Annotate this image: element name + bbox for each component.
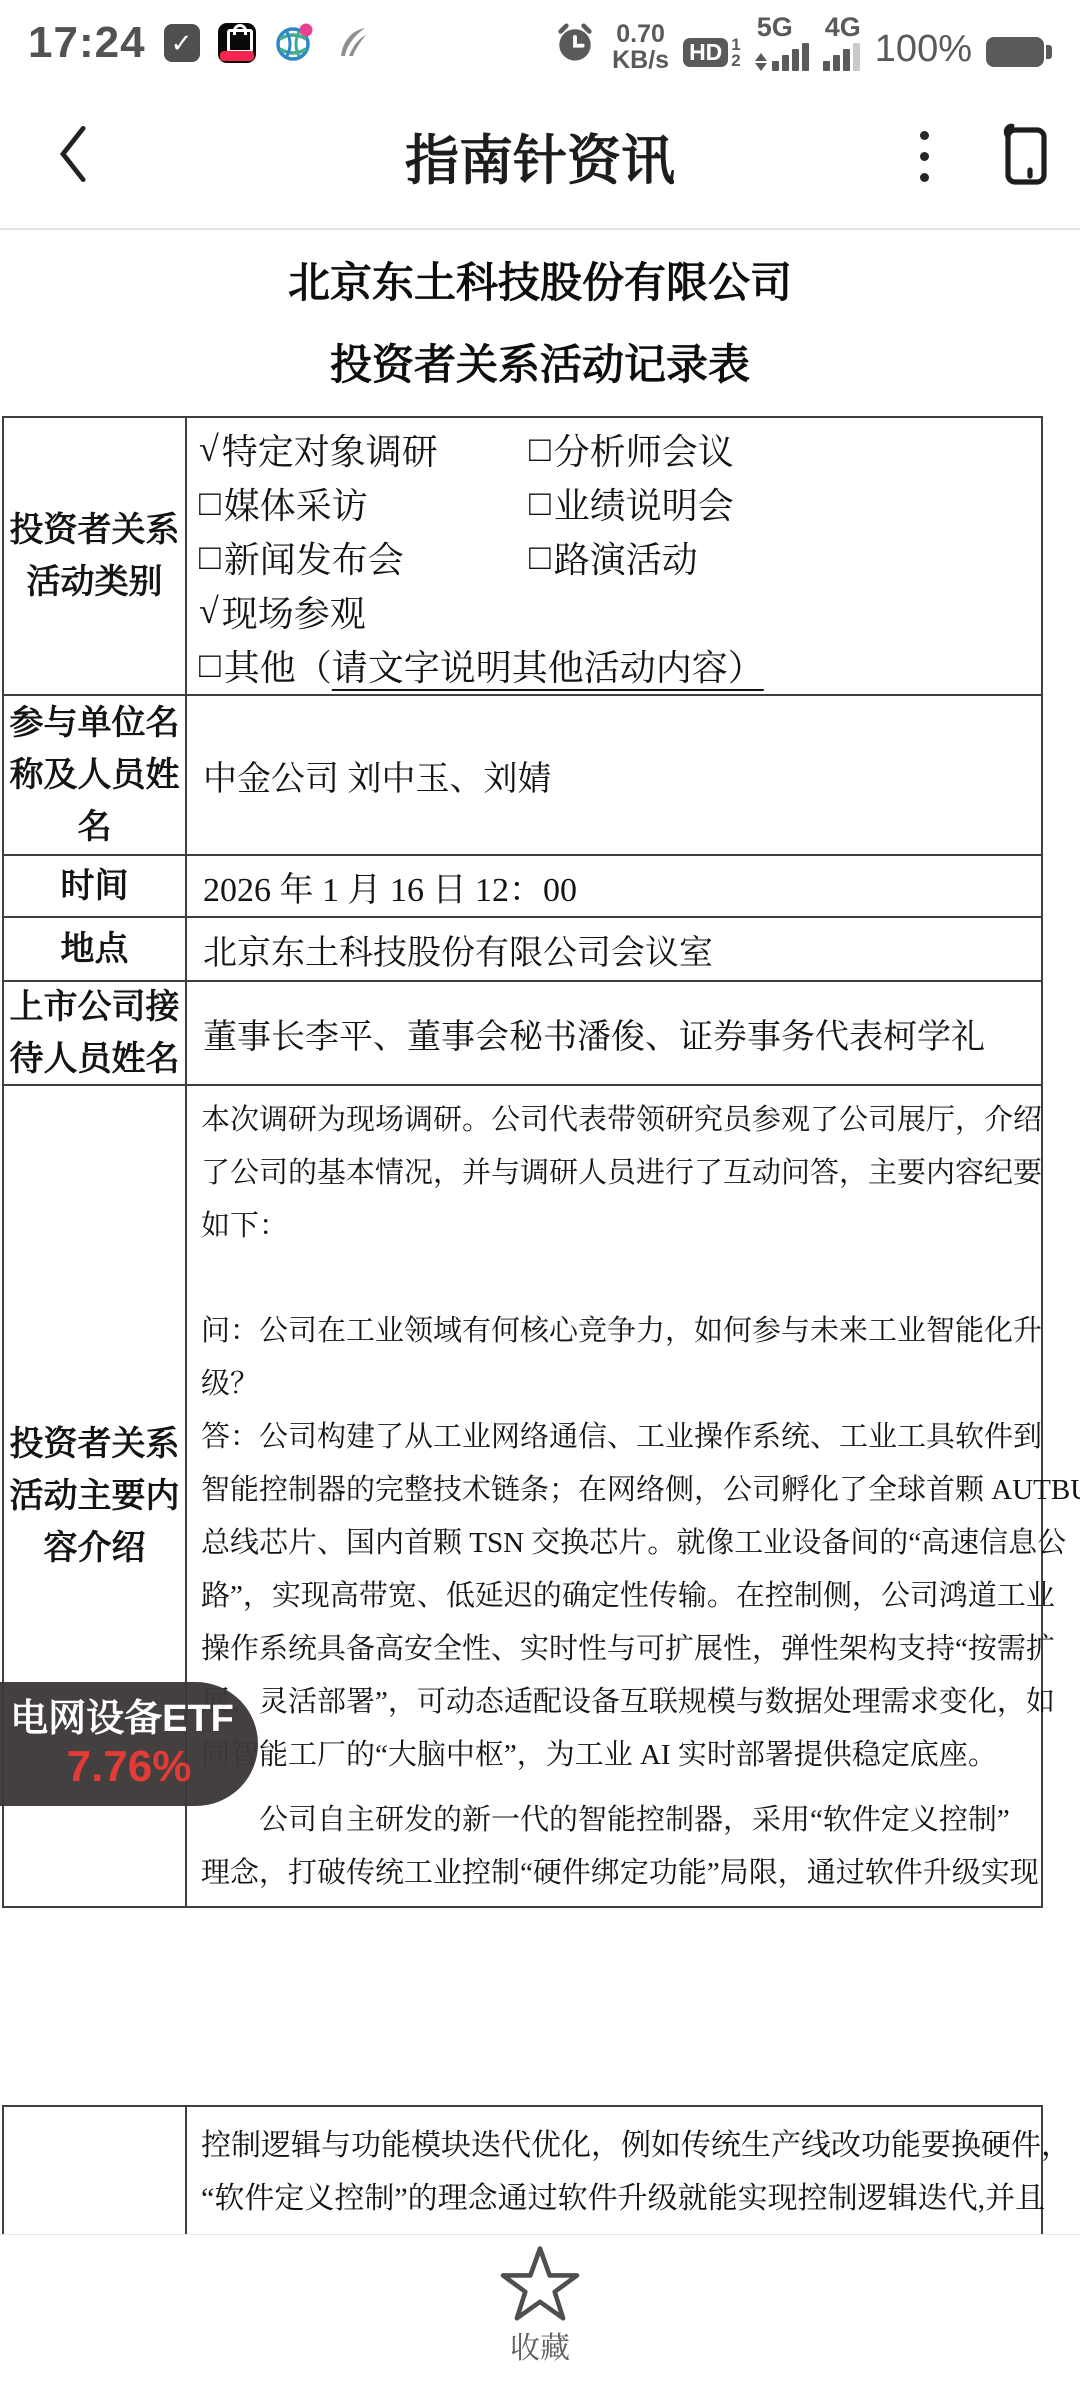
speed-unit: KB/s [612, 47, 669, 73]
option-other: □ 其他（ 请文字说明其他活动内容） [199, 640, 764, 691]
table-row-activity-type: 投资者关系 活动类别 √ 特定对象调研 □ 分析师会议 □ 媒体采访 [4, 418, 1041, 696]
table-row-participants: 参与单位名 称及人员姓 名 中金公司 刘中玉、刘婧 [4, 696, 1041, 856]
row-label: 上市公司接 待人员姓名 [4, 982, 187, 1084]
row-label: 参与单位名 称及人员姓 名 [4, 696, 187, 854]
signal-4g: 4G [823, 14, 861, 71]
location-value: 北京东土科技股份有限公司会议室 [187, 918, 1041, 980]
other-option-blank: 请文字说明其他活动内容） [332, 640, 764, 691]
text-line: 路”，实现高带宽、低延迟的确定性传输。在控制侧，公司鸿道工业 [201, 1570, 1080, 1623]
float-window-button[interactable] [996, 116, 1052, 192]
etf-name: 电网设备ETF [10, 1696, 248, 1742]
favorite-label: 收藏 [510, 2323, 570, 2367]
speed-value: 0.70 [616, 21, 665, 47]
text-line: 级？ [201, 1358, 1080, 1411]
float-window-icon [998, 122, 1050, 186]
table-row-hosts: 上市公司接 待人员姓名 董事长李平、董事会秘书潘俊、证券事务代表柯学礼 [4, 982, 1041, 1086]
shopping-bag-icon [227, 29, 253, 53]
row-label: 投资者关系 活动类别 [4, 418, 187, 694]
hd-voice-indicator: HD 1 2 [683, 37, 741, 69]
more-menu-button[interactable] [904, 120, 944, 192]
carrier-app-icon [274, 23, 314, 63]
text-line: 本次调研为现场调研。公司代表带领研究员参观了公司展厅，介绍 [201, 1094, 1080, 1147]
signal-bars-icon [823, 43, 860, 71]
participants-value: 中金公司 刘中玉、刘婧 [187, 696, 1041, 854]
text-line: 理念，打破传统工业控制“硬件绑定功能”局限，通过软件升级实现 [201, 1847, 1080, 1900]
paragraph: 公司自主研发的新一代的智能控制器，采用“软件定义控制”理念，打破传统工业控制“硬… [201, 1794, 1080, 1900]
bottom-bar: 收藏 [0, 2234, 1080, 2400]
alarm-clock-icon [552, 20, 598, 71]
text-line: “软件定义控制”的理念通过软件升级就能实现控制逻辑迭代,并且 [201, 2172, 1071, 2225]
text-line: 问：公司在工业领域有何核心竞争力，如何参与未来工业智能化升 [201, 1305, 1080, 1358]
star-icon [498, 2241, 582, 2325]
text-line: 控制逻辑与功能模块迭代优化，例如传统生产线改功能要换硬件， [201, 2119, 1071, 2172]
option-checked: √ 特定对象调研 [199, 424, 529, 475]
option-unchecked: □ 分析师会议 [529, 424, 734, 475]
option-unchecked: □ 媒体采访 [199, 478, 529, 529]
option-checked: √ 现场参观 [199, 586, 529, 637]
checkbox-icon: □ [199, 536, 221, 578]
paragraph: 问：公司在工业领域有何核心竞争力，如何参与未来工业智能化升级？ [201, 1305, 1080, 1411]
text-line: 答：公司构建了从工业网络通信、工业操作系统、工业工具软件到 [201, 1411, 1080, 1464]
text-line: 总线芯片、国内首颗 TSN 交换芯片。就像工业设备间的“高速信息公 [201, 1517, 1080, 1570]
text-line: 如下： [201, 1200, 1080, 1253]
checkbox-icon: □ [199, 644, 221, 686]
more-dots-icon [920, 131, 929, 140]
text-line: 了公司的基本情况，并与调研人员进行了互动问答，主要内容纪要 [201, 1147, 1080, 1200]
screen: 17:24 ✓ [0, 0, 1080, 2400]
table-row-location: 地点 北京东土科技股份有限公司会议室 [4, 918, 1041, 982]
signal-5g: 5G [755, 14, 809, 71]
option-unchecked: □ 业绩说明会 [529, 478, 734, 529]
text-line: 公司自主研发的新一代的智能控制器，采用“软件定义控制” [201, 1794, 1080, 1847]
checkbox-icon: □ [199, 482, 221, 524]
check-mark-icon: √ [199, 590, 219, 632]
etf-change: 7.76% [67, 1742, 192, 1792]
status-bar: 17:24 ✓ [0, 0, 1080, 80]
network-speed: 0.70 KB/s [612, 21, 669, 73]
table-row-time: 时间 2026 年 1 月 16 日 12：00 [4, 856, 1041, 918]
row-label: 时间 [4, 856, 187, 916]
check-mark-icon: √ [199, 428, 219, 470]
activity-options: √ 特定对象调研 □ 分析师会议 □ 媒体采访 □ 业绩说明会 [187, 418, 1041, 694]
app-bar: 指南针资讯 [0, 80, 1080, 230]
text-line: 操作系统具备高安全性、实时性与可扩展性，弹性架构支持“按需扩 [201, 1623, 1080, 1676]
row-label: 地点 [4, 918, 187, 980]
paragraph: 本次调研为现场调研。公司代表带领研究员参观了公司展厅，介绍了公司的基本情况，并与… [201, 1094, 1080, 1253]
main-content-text: 本次调研为现场调研。公司代表带领研究员参观了公司展厅，介绍了公司的基本情况，并与… [187, 1086, 1080, 1906]
battery-percent: 100% [875, 28, 972, 71]
time-value: 2026 年 1 月 16 日 12：00 [187, 856, 1041, 916]
shop-app-icon [218, 23, 256, 63]
text-line: 智能控制器的完整技术链条；在网络侧，公司孵化了全球首颗 AUTBUS [201, 1464, 1080, 1517]
checkbox-icon: □ [529, 482, 551, 524]
checkbox-icon: □ [529, 428, 551, 470]
hd-icon: HD [683, 38, 728, 67]
swoosh-app-icon [332, 23, 372, 63]
battery-icon [986, 37, 1052, 67]
text-line: 展、灵活部署”，可动态适配设备互联规模与数据处理需求变化，如 [201, 1676, 1080, 1729]
shop-banner [220, 51, 254, 61]
option-unchecked: □ 新闻发布会 [199, 532, 529, 583]
paragraph: 答：公司构建了从工业网络通信、工业操作系统、工业工具软件到智能控制器的完整技术链… [201, 1411, 1080, 1782]
company-title: 北京东土科技股份有限公司 [0, 250, 1080, 310]
option-unchecked: □ 路演活动 [529, 532, 698, 583]
text-line: 同智能工厂的“大脑中枢”，为工业 AI 实时部署提供稳定底座。 [201, 1729, 1080, 1782]
hosts-value: 董事长李平、董事会秘书潘俊、证券事务代表柯学礼 [187, 982, 1041, 1084]
checkbox-icon: □ [529, 536, 551, 578]
checkmark-badge-icon: ✓ [164, 24, 200, 62]
sim2-label: 2 [731, 53, 740, 69]
signal-bars-icon [755, 43, 809, 71]
favorite-button[interactable]: 收藏 [498, 2241, 582, 2367]
etf-float-widget[interactable]: 电网设备ETF 7.76% [0, 1682, 258, 1806]
clock-time: 17:24 [28, 18, 146, 68]
form-title: 投资者关系活动记录表 [0, 332, 1080, 392]
